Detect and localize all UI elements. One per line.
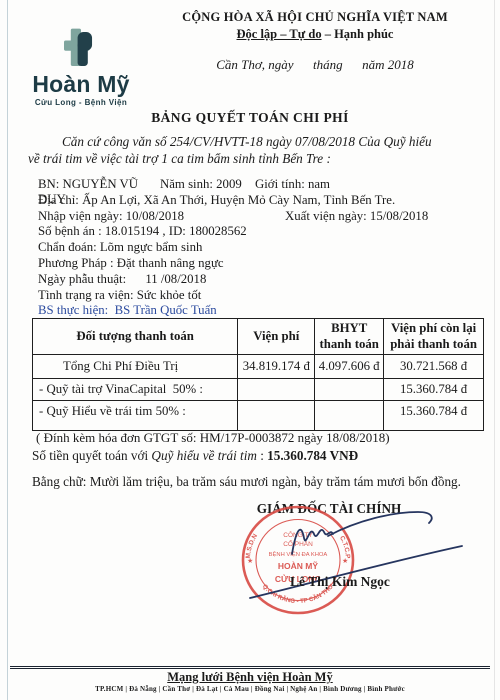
row-total-bhyt: 4.097.606 đ xyxy=(315,355,384,379)
scan-edge-right xyxy=(494,0,495,700)
director-name: Lê Thị Kim Ngọc xyxy=(270,574,410,590)
admission-line: Nhập viện ngày: 10/08/2018 Xuất viện ngà… xyxy=(38,209,462,225)
row-vinacapital-remaining: 15.360.784 đ xyxy=(384,379,484,401)
scan-edge-left xyxy=(7,0,8,700)
discharge-condition: Tình trạng ra viện: Sức khỏe tốt xyxy=(38,288,462,304)
table-row: Tổng Chi Phí Điều Trị 34.819.174 đ 4.097… xyxy=(33,355,484,379)
scanned-document-page: Hoàn Mỹ Cửu Long - Bệnh Viện CỘNG HÒA XÃ… xyxy=(0,0,500,700)
row-total-remaining: 30.721.568 đ xyxy=(384,355,484,379)
medical-cross-icon xyxy=(64,28,98,70)
footer-network-title: Mạng lưới Bệnh viện Hoàn Mỹ xyxy=(0,670,500,685)
logo-subtitle: Cửu Long - Bệnh Viện xyxy=(24,98,138,107)
patient-gender: Giới tính: nam xyxy=(255,177,330,193)
performing-doctor: BS thực hiện: BS Trần Quốc Tuấn xyxy=(38,303,462,319)
row-heartfund-fee xyxy=(238,401,315,431)
patient-birth-year: Năm sinh: 2009 xyxy=(160,177,255,193)
settlement-prefix: Số tiền quyết toán với xyxy=(32,448,151,463)
patient-info-block: BN: NGUYỄN VŨ DUY Năm sinh: 2009 Giới tí… xyxy=(38,177,462,319)
motto-rest: – Hạnh phúc xyxy=(322,27,394,41)
header-payment-subject: Đối tượng thanh toán xyxy=(33,319,238,355)
logo-name: Hoàn Mỹ xyxy=(24,72,138,96)
settlement-colon: : xyxy=(257,448,267,463)
row-total-label: Tổng Chi Phí Điều Trị xyxy=(33,355,238,379)
patient-name: BN: NGUYỄN VŨ DUY xyxy=(38,177,160,193)
place-date-line: Cần Thơ, ngày tháng năm 2018 xyxy=(150,57,480,73)
row-vinacapital-label: - Quỹ tài trợ VinaCapital 50% : xyxy=(33,379,238,401)
invoice-note: ( Đính kèm hóa đơn GTGT số: HM/17P-00038… xyxy=(36,430,390,446)
national-motto: Độc lập – Tự do – Hạnh phúc xyxy=(150,27,480,42)
footer-locations: TP.HCM | Đà Nẵng | Cần Thơ | Đà Lạt | Cà… xyxy=(0,685,500,693)
settlement-amount: 15.360.784 VNĐ xyxy=(267,448,358,463)
motto-underlined: Độc lập – Tự do xyxy=(237,27,322,41)
settlement-line: Số tiền quyết toán với Quỹ hiểu về trái … xyxy=(32,448,358,464)
row-heartfund-remaining: 15.360.784 đ xyxy=(384,401,484,431)
method: Phương Pháp : Đặt thanh nâng ngực xyxy=(38,256,462,272)
amount-in-words: Bằng chữ: Mười lăm triệu, ba trăm sáu mư… xyxy=(32,474,461,490)
patient-address: Địa chỉ: Ấp An Lợi, Xã An Thới, Huyện Mỏ… xyxy=(38,193,462,209)
header-remaining: Viện phí còn lại phải thanh toán xyxy=(384,319,484,355)
row-heartfund-bhyt xyxy=(315,401,384,431)
row-vinacapital-fee xyxy=(238,379,315,401)
row-total-fee: 34.819.174 đ xyxy=(238,355,315,379)
footer-divider xyxy=(10,666,490,669)
header-bhyt: BHYT thanh toán xyxy=(315,319,384,355)
hoan-my-logo: Hoàn Mỹ Cửu Long - Bệnh Viện xyxy=(24,28,138,107)
cost-table: Đối tượng thanh toán Viện phí BHYT thanh… xyxy=(32,318,484,431)
header-hospital-fee: Viện phí xyxy=(238,319,315,355)
row-heartfund-label: - Quỹ Hiểu về trái tim 50% : xyxy=(33,401,238,431)
table-header-row: Đối tượng thanh toán Viện phí BHYT thanh… xyxy=(33,319,484,355)
surgery-date: Ngày phẫu thuật: 11 /08/2018 xyxy=(38,272,462,288)
national-title: CỘNG HÒA XÃ HỘI CHỦ NGHĨA VIỆT NAM xyxy=(150,10,480,25)
settlement-fund: Quỹ hiểu về trái tim xyxy=(151,448,256,463)
discharge-date: Xuất viện ngày: 15/08/2018 xyxy=(285,209,428,225)
record-id: Số bệnh án : 18.015194 , ID: 180028562 xyxy=(38,224,462,240)
table-row: - Quỹ Hiểu về trái tim 50% : 15.360.784 … xyxy=(33,401,484,431)
document-title: BẢNG QUYẾT TOÁN CHI PHÍ xyxy=(0,110,500,126)
director-signature xyxy=(228,494,480,624)
national-header: CỘNG HÒA XÃ HỘI CHỦ NGHĨA VIỆT NAM Độc l… xyxy=(150,10,480,73)
diagnosis: Chẩn đoán: Lõm ngực bẩm sinh xyxy=(38,240,462,256)
table-row: - Quỹ tài trợ VinaCapital 50% : 15.360.7… xyxy=(33,379,484,401)
admission-date: Nhập viện ngày: 10/08/2018 xyxy=(38,209,285,225)
row-vinacapital-bhyt xyxy=(315,379,384,401)
preamble-paragraph: Căn cứ công văn số 254/CV/HVTT-18 ngày 0… xyxy=(28,133,436,167)
patient-name-line: BN: NGUYỄN VŨ DUY Năm sinh: 2009 Giới tí… xyxy=(38,177,462,193)
